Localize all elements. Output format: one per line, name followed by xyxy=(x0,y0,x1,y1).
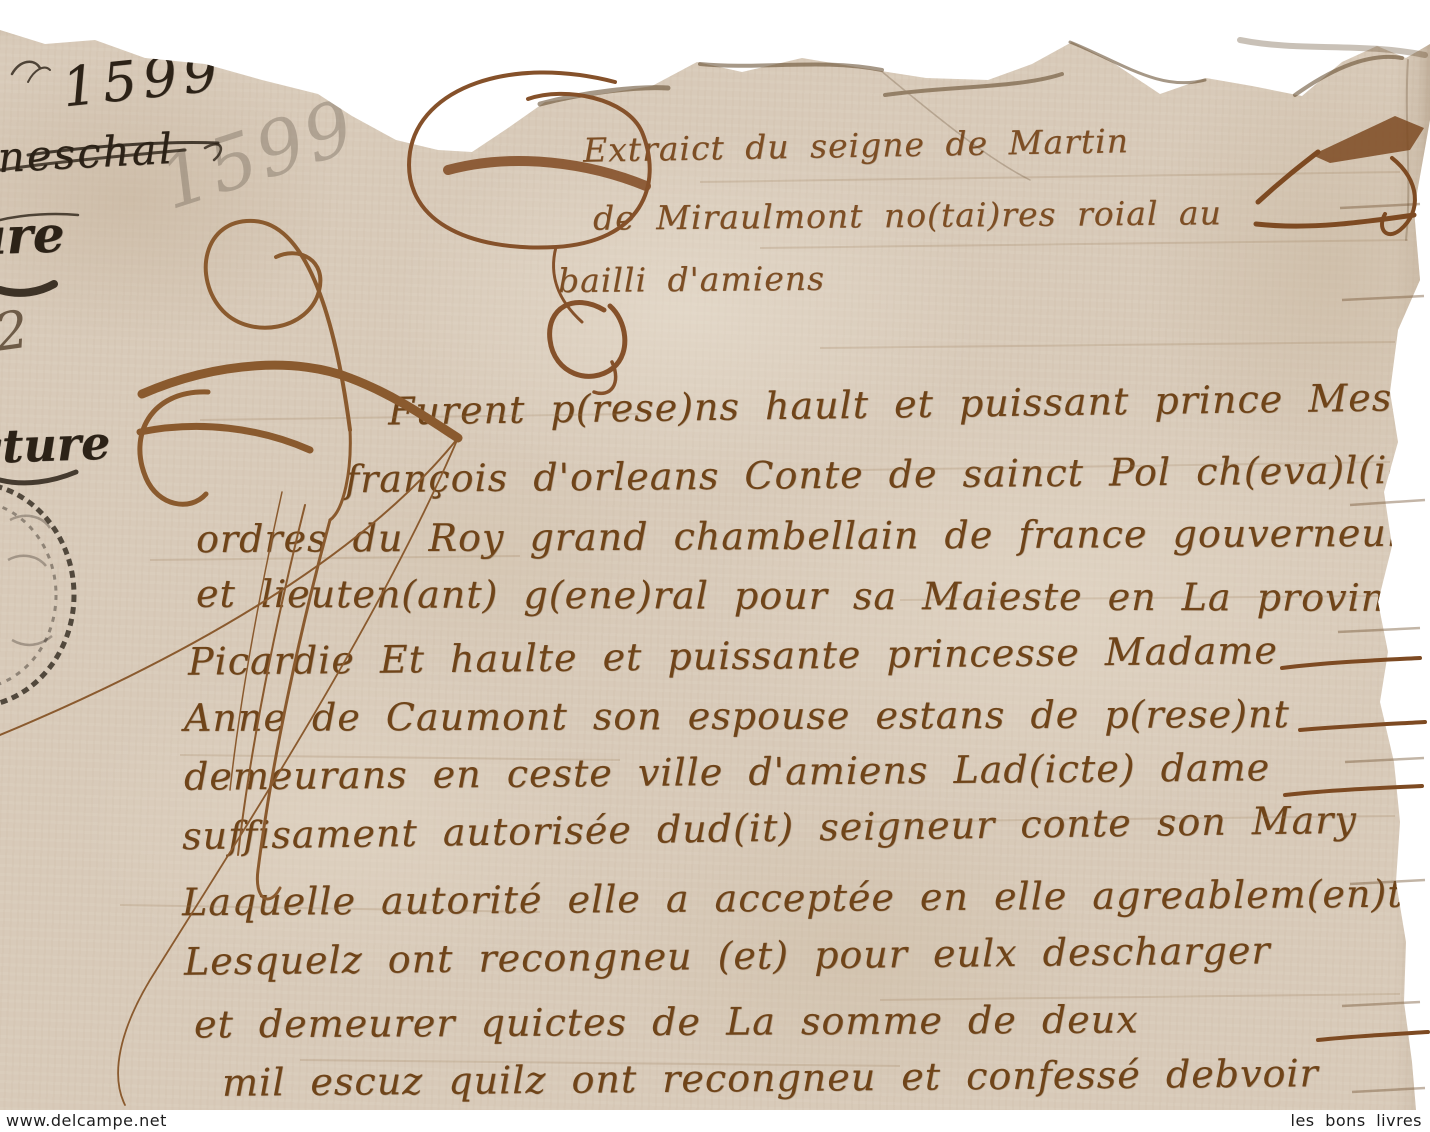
manuscript-line: demeurans en ceste ville d'amiens Lad(ic… xyxy=(184,745,1270,798)
manuscript-line: mil escuz quilz ont recongneu et confess… xyxy=(222,1051,1319,1105)
manuscript-line: Lesquelz ont recongneu (et) pour eulx de… xyxy=(184,928,1271,983)
manuscript-line: Anne de Caumont son espouse estans de p(… xyxy=(184,692,1290,740)
annotation-fragment-ure: ure xyxy=(0,204,66,266)
manuscript-header-line: de Miraulmont no(tai)res roial au xyxy=(593,193,1222,237)
manuscript-line: et demeurer quictes de La somme de deux xyxy=(194,998,1139,1047)
annotation-year-ink: 1599 xyxy=(59,40,226,120)
annotation-fragment-cture: cture xyxy=(0,416,111,475)
manuscript-header-line: Extraict du seigne de Martin xyxy=(583,121,1130,170)
manuscript-line: françois d'orleans Conte de sainct Pol c… xyxy=(345,447,1430,501)
manuscript-paper: 1599 Seneschal ure 52 cture 1599 Extraic… xyxy=(0,0,1430,1110)
manuscript-header-line: bailli d'amiens xyxy=(558,259,825,300)
annotation-crossed-out: Seneschal xyxy=(0,124,175,185)
manuscript-line: et lieuten(ant) g(ene)ral pour sa Maiest… xyxy=(196,572,1430,621)
annotation-fragment-number: 52 xyxy=(0,300,32,369)
manuscript-line: ordres du Roy grand chambellain de franc… xyxy=(196,511,1406,561)
manuscript-line: Picardie Et haulte et puissante princess… xyxy=(188,628,1278,683)
photo-bottom-strip: www.delcampe.net les bons livres xyxy=(0,1110,1430,1132)
watermark-les-bons-livres: les bons livres xyxy=(1291,1110,1422,1132)
manuscript-line: Laquelle autorité elle a acceptée en ell… xyxy=(182,872,1404,925)
watermark-delcampe: www.delcampe.net xyxy=(6,1110,167,1132)
manuscript-line: Furent p(rese)ns hault et puissant princ… xyxy=(388,374,1430,433)
manuscript-photo: 1599 Seneschal ure 52 cture 1599 Extraic… xyxy=(0,0,1430,1132)
manuscript-line: suffisament autorisée dud(it) seigneur c… xyxy=(182,798,1357,858)
